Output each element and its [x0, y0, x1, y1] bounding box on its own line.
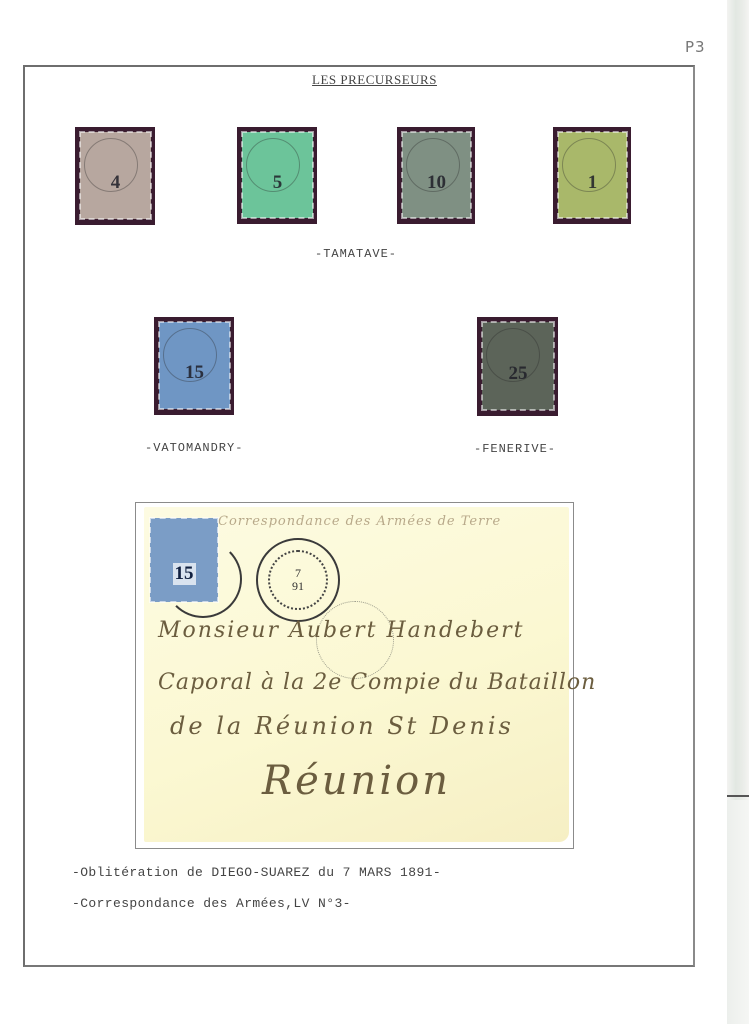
cancel-mark — [84, 138, 138, 192]
stamp-face: 25 — [482, 322, 554, 410]
caption-vatomandry: -VATOMANDRY- — [145, 441, 243, 455]
address-line-2: Caporal à la 2e Compie du Bataillon — [158, 670, 596, 695]
stamp-face: 5 — [242, 132, 313, 218]
binding-lower — [727, 800, 749, 1024]
postmark-year: 91 — [292, 580, 304, 593]
postmark-corr-armees: 7 91 — [256, 538, 340, 622]
cancel-mark — [246, 138, 300, 192]
address-line-1: Monsieur Aubert Handebert — [158, 618, 525, 643]
stamp-face: 4 — [80, 132, 151, 219]
postmark-diego-suarez — [164, 540, 242, 618]
address-line-4: Réunion — [262, 758, 451, 804]
cancel-mark — [562, 138, 616, 192]
cancel-mark — [486, 328, 540, 382]
note-obliteration: -Oblitération de DIEGO-SUAREZ du 7 MARS … — [72, 865, 441, 880]
album-binding-edge — [727, 0, 749, 1024]
stamp-face: 1 — [558, 132, 627, 218]
stamp-4c: 4 — [75, 127, 155, 225]
stamp-10c: 10 — [397, 127, 475, 224]
stamp-5c: 5 — [237, 127, 317, 224]
cancel-mark — [406, 138, 460, 192]
stamp-1c: 1 — [553, 127, 631, 224]
caption-fenerive: -FENERIVE- — [474, 442, 556, 456]
stamp-15c: 15 — [154, 317, 234, 415]
stamp-face: 10 — [402, 132, 471, 218]
cover-header-script: Correspondance des Armées de Terre — [218, 514, 501, 529]
page-title: LES PRECURSEURS — [0, 72, 749, 88]
page-number: P3 — [685, 38, 706, 56]
caption-tamatave: -TAMATAVE- — [315, 247, 397, 261]
note-correspondance: -Correspondance des Armées,LV N°3- — [72, 896, 351, 911]
postmark-date: 7 91 — [268, 550, 328, 610]
address-line-3: de la Réunion St Denis — [170, 712, 514, 740]
cancel-mark — [163, 328, 217, 382]
binding-notch — [727, 795, 749, 797]
stamp-face: 15 — [159, 322, 230, 409]
stamp-25c: 25 — [477, 317, 558, 416]
